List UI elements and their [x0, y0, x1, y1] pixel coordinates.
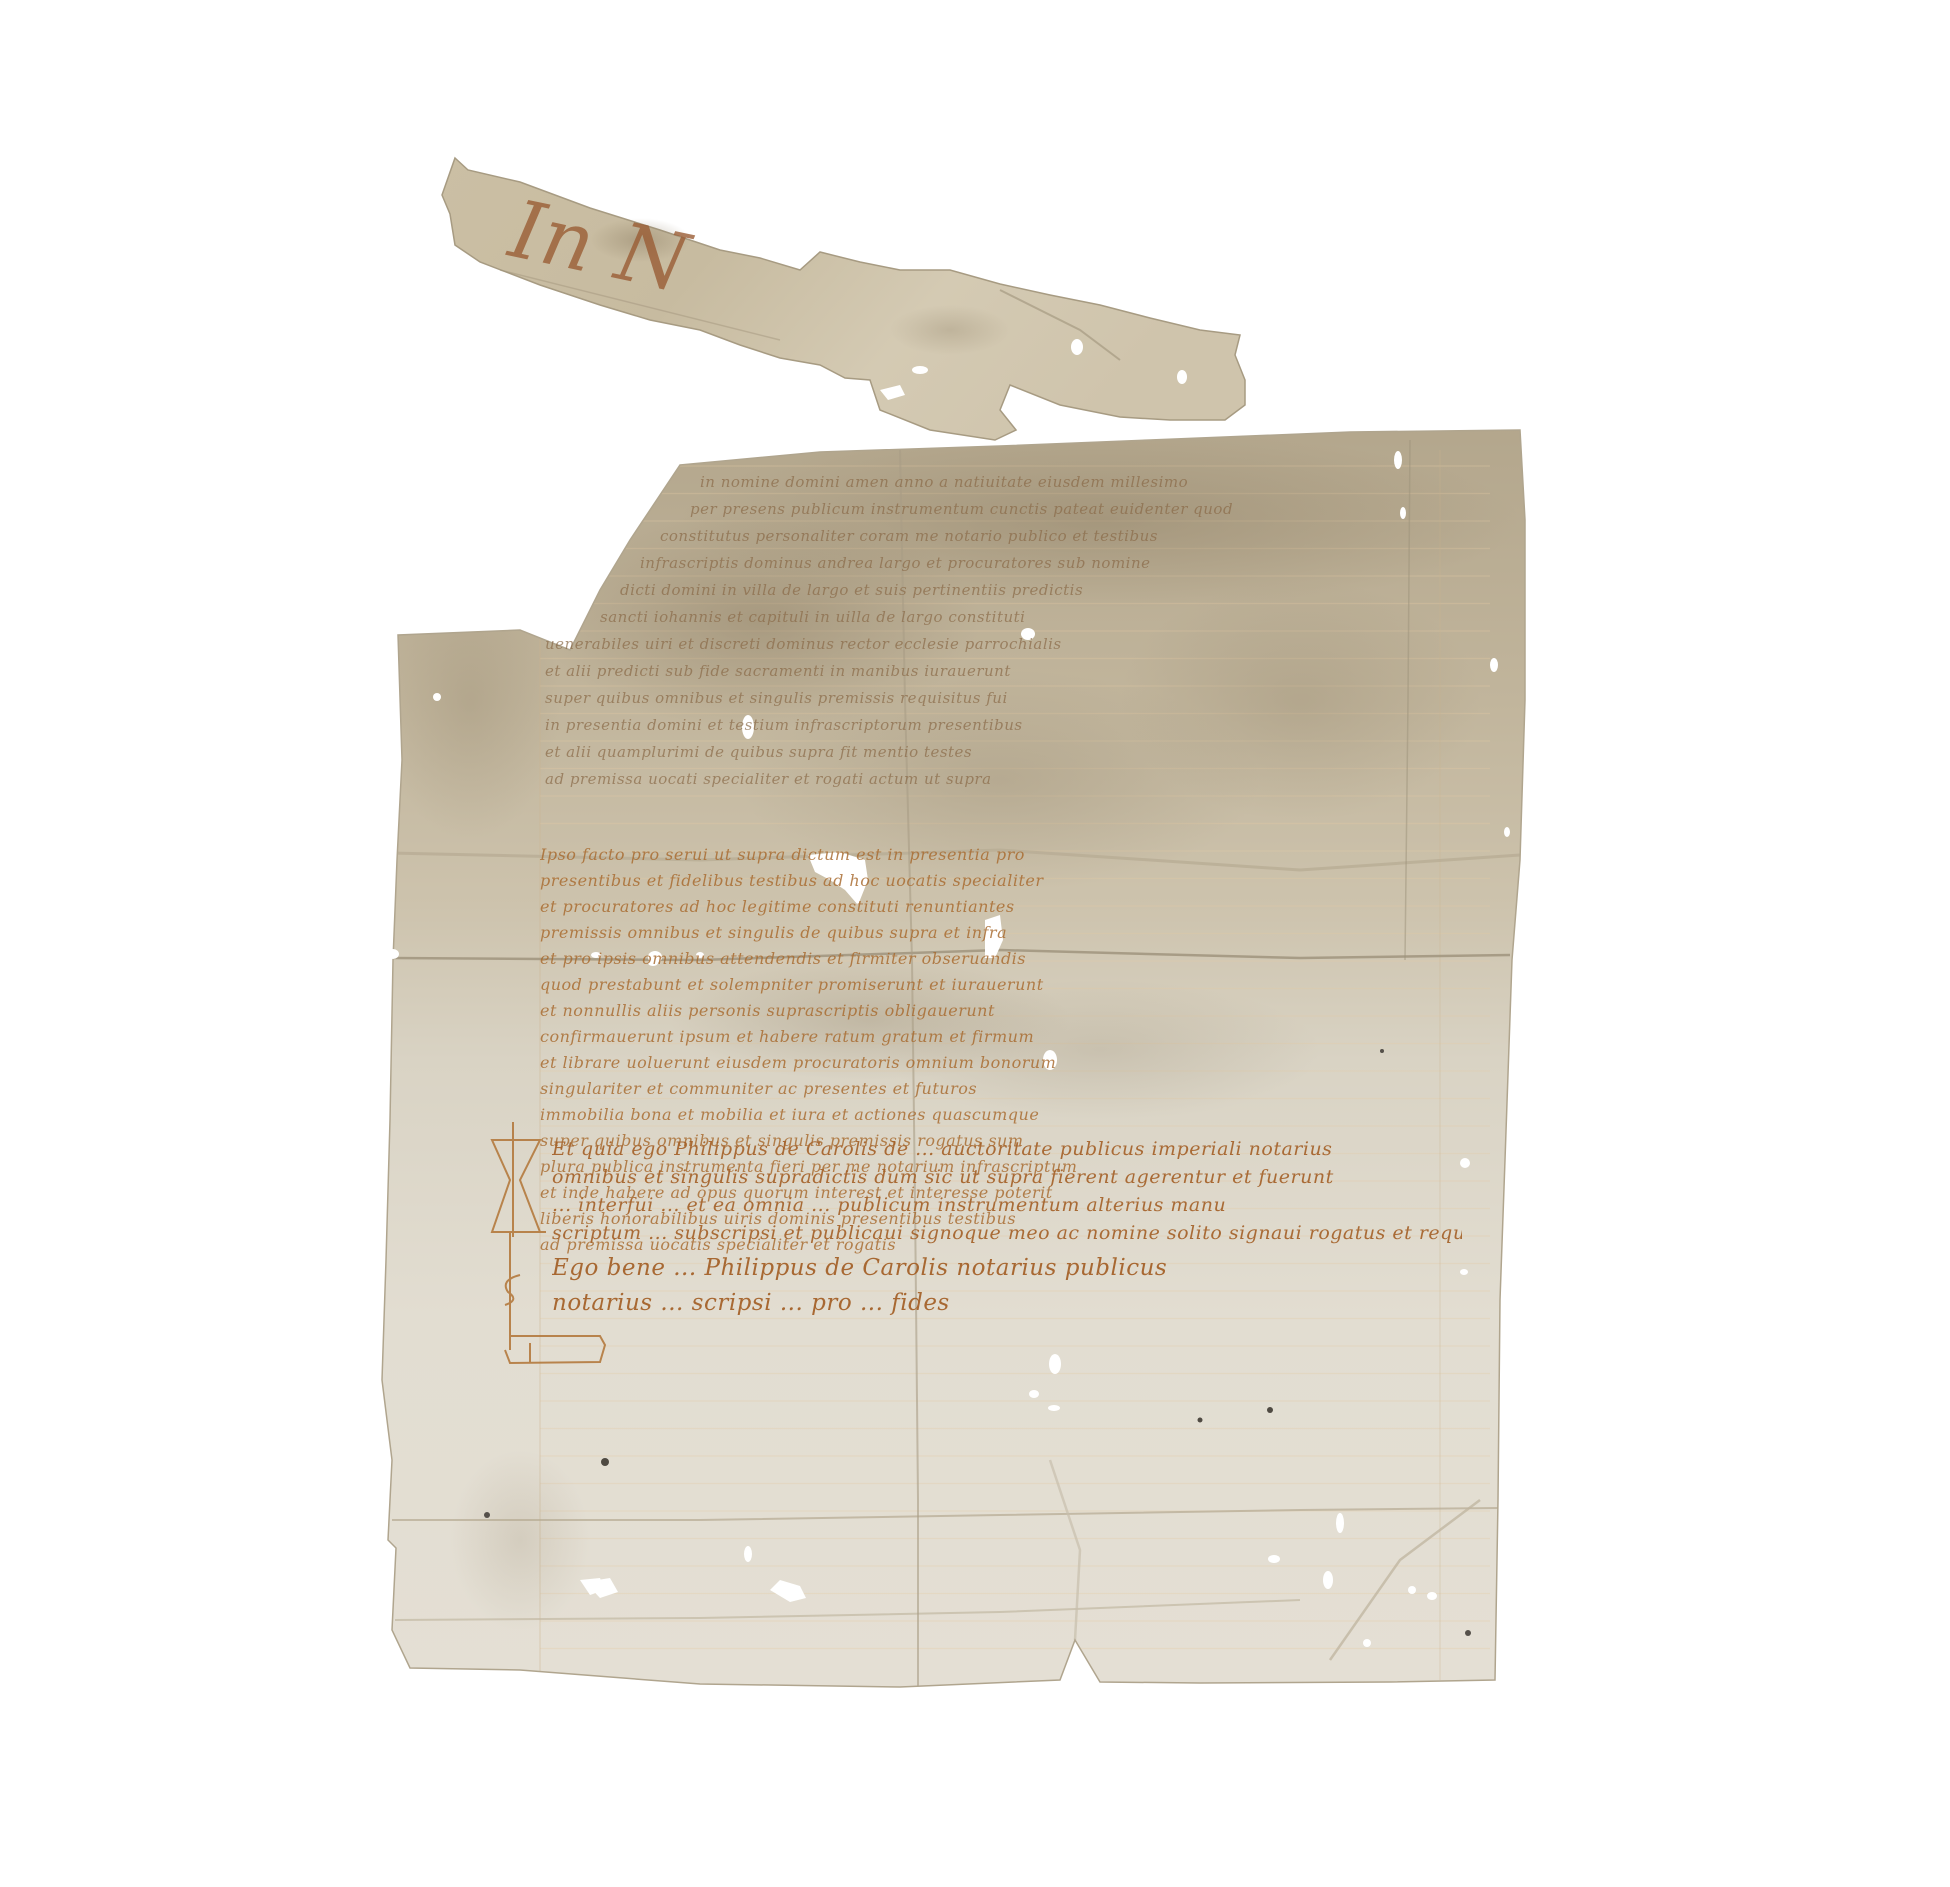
parchment-photo [0, 0, 1950, 1887]
text-line: quod prestabunt et solempniter promiseru… [540, 975, 1470, 994]
text-line: presentibus et fidelibus testibus ad hoc… [540, 871, 1470, 890]
text-line: singulariter et communiter ac presentes … [540, 1079, 1470, 1098]
eschatocol-line: scriptum ... subscripsi et publicaui sig… [552, 1222, 1462, 1244]
text-line: sancti iohannis et capituli in uilla de … [600, 608, 1460, 626]
text-line: infrascriptis dominus andrea largo et pr… [640, 554, 1440, 572]
text-line: et procuratores ad hoc legitime constitu… [540, 897, 1470, 916]
text-line: ad premissa uocati specialiter et rogati… [545, 770, 1465, 788]
text-line: et alii quamplurimi de quibus supra fit … [545, 743, 1465, 761]
photo-scene: In N in nomine domini amen anno a natiui… [0, 0, 1950, 1887]
text-line: constitutus personaliter coram me notari… [660, 527, 1420, 545]
text-line: in presentia domini et testium infrascri… [545, 716, 1465, 734]
signature-line: Ego bene ... Philippus de Carolis notari… [552, 1255, 1472, 1281]
text-line: premissis omnibus et singulis de quibus … [540, 923, 1470, 942]
signature-line: notarius ... scripsi ... pro ... fides [552, 1290, 1112, 1316]
text-line: et librare uoluerunt eiusdem procuratori… [540, 1053, 1470, 1072]
text-line: dicti domini in villa de largo et suis p… [620, 581, 1460, 599]
text-line: et alii predicti sub fide sacramenti in … [545, 662, 1465, 680]
text-line: uenerabiles uiri et discreti dominus rec… [545, 635, 1465, 653]
eschatocol-line: ... interfui ... et ea omnia ... publicu… [552, 1194, 1462, 1216]
text-line: in nomine domini amen anno a natiuitate … [700, 473, 1400, 491]
text-line: et pro ipsis omnibus attendendis et firm… [540, 949, 1470, 968]
text-line: super quibus omnibus et singulis premiss… [545, 689, 1465, 707]
eschatocol-line: Et quia ego Philippus de Carolis de ... … [552, 1138, 1462, 1160]
text-line: Ipso facto pro serui ut supra dictum est… [540, 845, 1470, 864]
text-line: et nonnullis aliis personis suprascripti… [540, 1001, 1470, 1020]
text-line: per presens publicum instrumentum cuncti… [690, 500, 1410, 518]
text-line: confirmauerunt ipsum et habere ratum gra… [540, 1027, 1470, 1046]
text-line: immobilia bona et mobilia et iura et act… [540, 1105, 1470, 1124]
eschatocol-line: omnibus et singulis supradictis dum sic … [552, 1166, 1462, 1188]
